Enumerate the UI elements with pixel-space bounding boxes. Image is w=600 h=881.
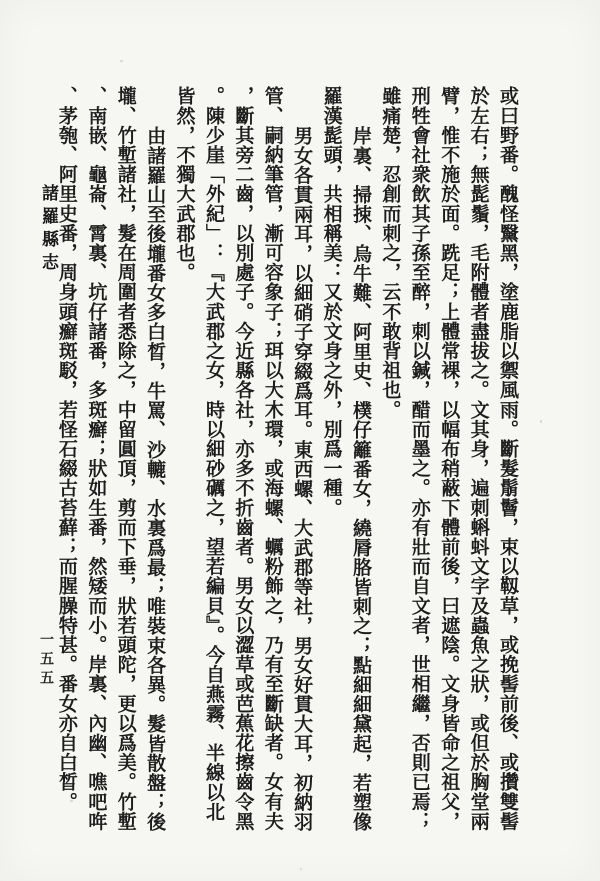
text-column: 壠、竹塹諸社，髮在周圍者悉除之，中留圓頂，剪而下垂，狀若頭陀，更以爲美。竹塹 [110,86,139,866]
text-column: ，斷其旁二齒，以別處子。今近縣各社，亦多不折齒者。男女以澀草或芭蕉花擦齒令黑 [228,86,257,866]
text-column: 或曰野番。醜怪黳黑，塗鹿脂以禦風雨。斷髮鬅鬙，束以靱草，或挽髻前後、或攢雙髻 [493,86,522,866]
scan-speck [120,60,123,62]
text-column: 於左右；無髭鬚，毛附體者盡拔之。文其身，遍刺蝌蚪文字及蟲魚之狀，或但於胸堂兩 [463,86,492,866]
text-column: 。陳少崖「外紀」：『大武郡之女，時以細砂礪之，望若編貝』。今自燕霧、半線以北 [199,86,228,866]
text-column: 、茅匏、阿里史番，周身頭癬斑駁，若怪石綴古苔蘚；而腥臊特甚。番女亦自白晳。 [52,86,81,866]
text-column: 羅漢髭頭，共相稱美：又於文身之外，別爲一種。 [316,86,345,866]
scan-speck [70,800,73,802]
text-column: 男女各貫兩耳，以細硝子穿綴爲耳。東西螺、大武郡等社，男女好貫大耳，初納羽 [287,86,316,866]
text-column: 雖痛楚，忍創而刺之，云不敢背祖也。 [375,86,404,866]
text-column: 皆然，不獨大武郡也。 [169,86,198,866]
text-column: 、南嵌、龜崙、霄裏、坑仔諸番，多斑癬；狀如生番，然矮而小。岸裏、內幽、噍吧哖 [81,86,110,866]
scan-speck [300,868,302,870]
text-column: 臂，惟不施於面。跣足；上體常裸，以幅布稍蔽下體前後，曰遮陰。文身皆命之祖父， [434,86,463,866]
text-column: 刑牲會社衆飲其子孫至醉，刺以鍼，醋而墨之。亦有壯而自文者，世相繼，否則已焉； [404,86,433,866]
scan-speck [540,420,542,423]
text-column: 由諸羅山至後壠番女多白晳，牛罵、沙轆、水裏爲最；唯裝束各異。髮皆散盤；後 [140,86,169,866]
text-column: 管、嗣納筆管，漸可容象子；珥以大木環，或海螺、蠣粉飾之，乃有至斷缺者。女有夫 [257,86,286,866]
main-text-block: 或曰野番。醜怪黳黑，塗鹿脂以禦風雨。斷髮鬅鬙，束以靱草，或挽髻前後、或攢雙髻於左… [52,86,523,866]
scanned-book-page: 諸羅縣志 一五五 或曰野番。醜怪黳黑，塗鹿脂以禦風雨。斷髮鬅鬙，束以靱草，或挽髻… [0,0,600,881]
text-column: 岸裏、掃捒、烏牛難、阿里史、樸仔籬番女，繞脣胳皆刺之；點細細黛起，若塑像 [346,86,375,866]
